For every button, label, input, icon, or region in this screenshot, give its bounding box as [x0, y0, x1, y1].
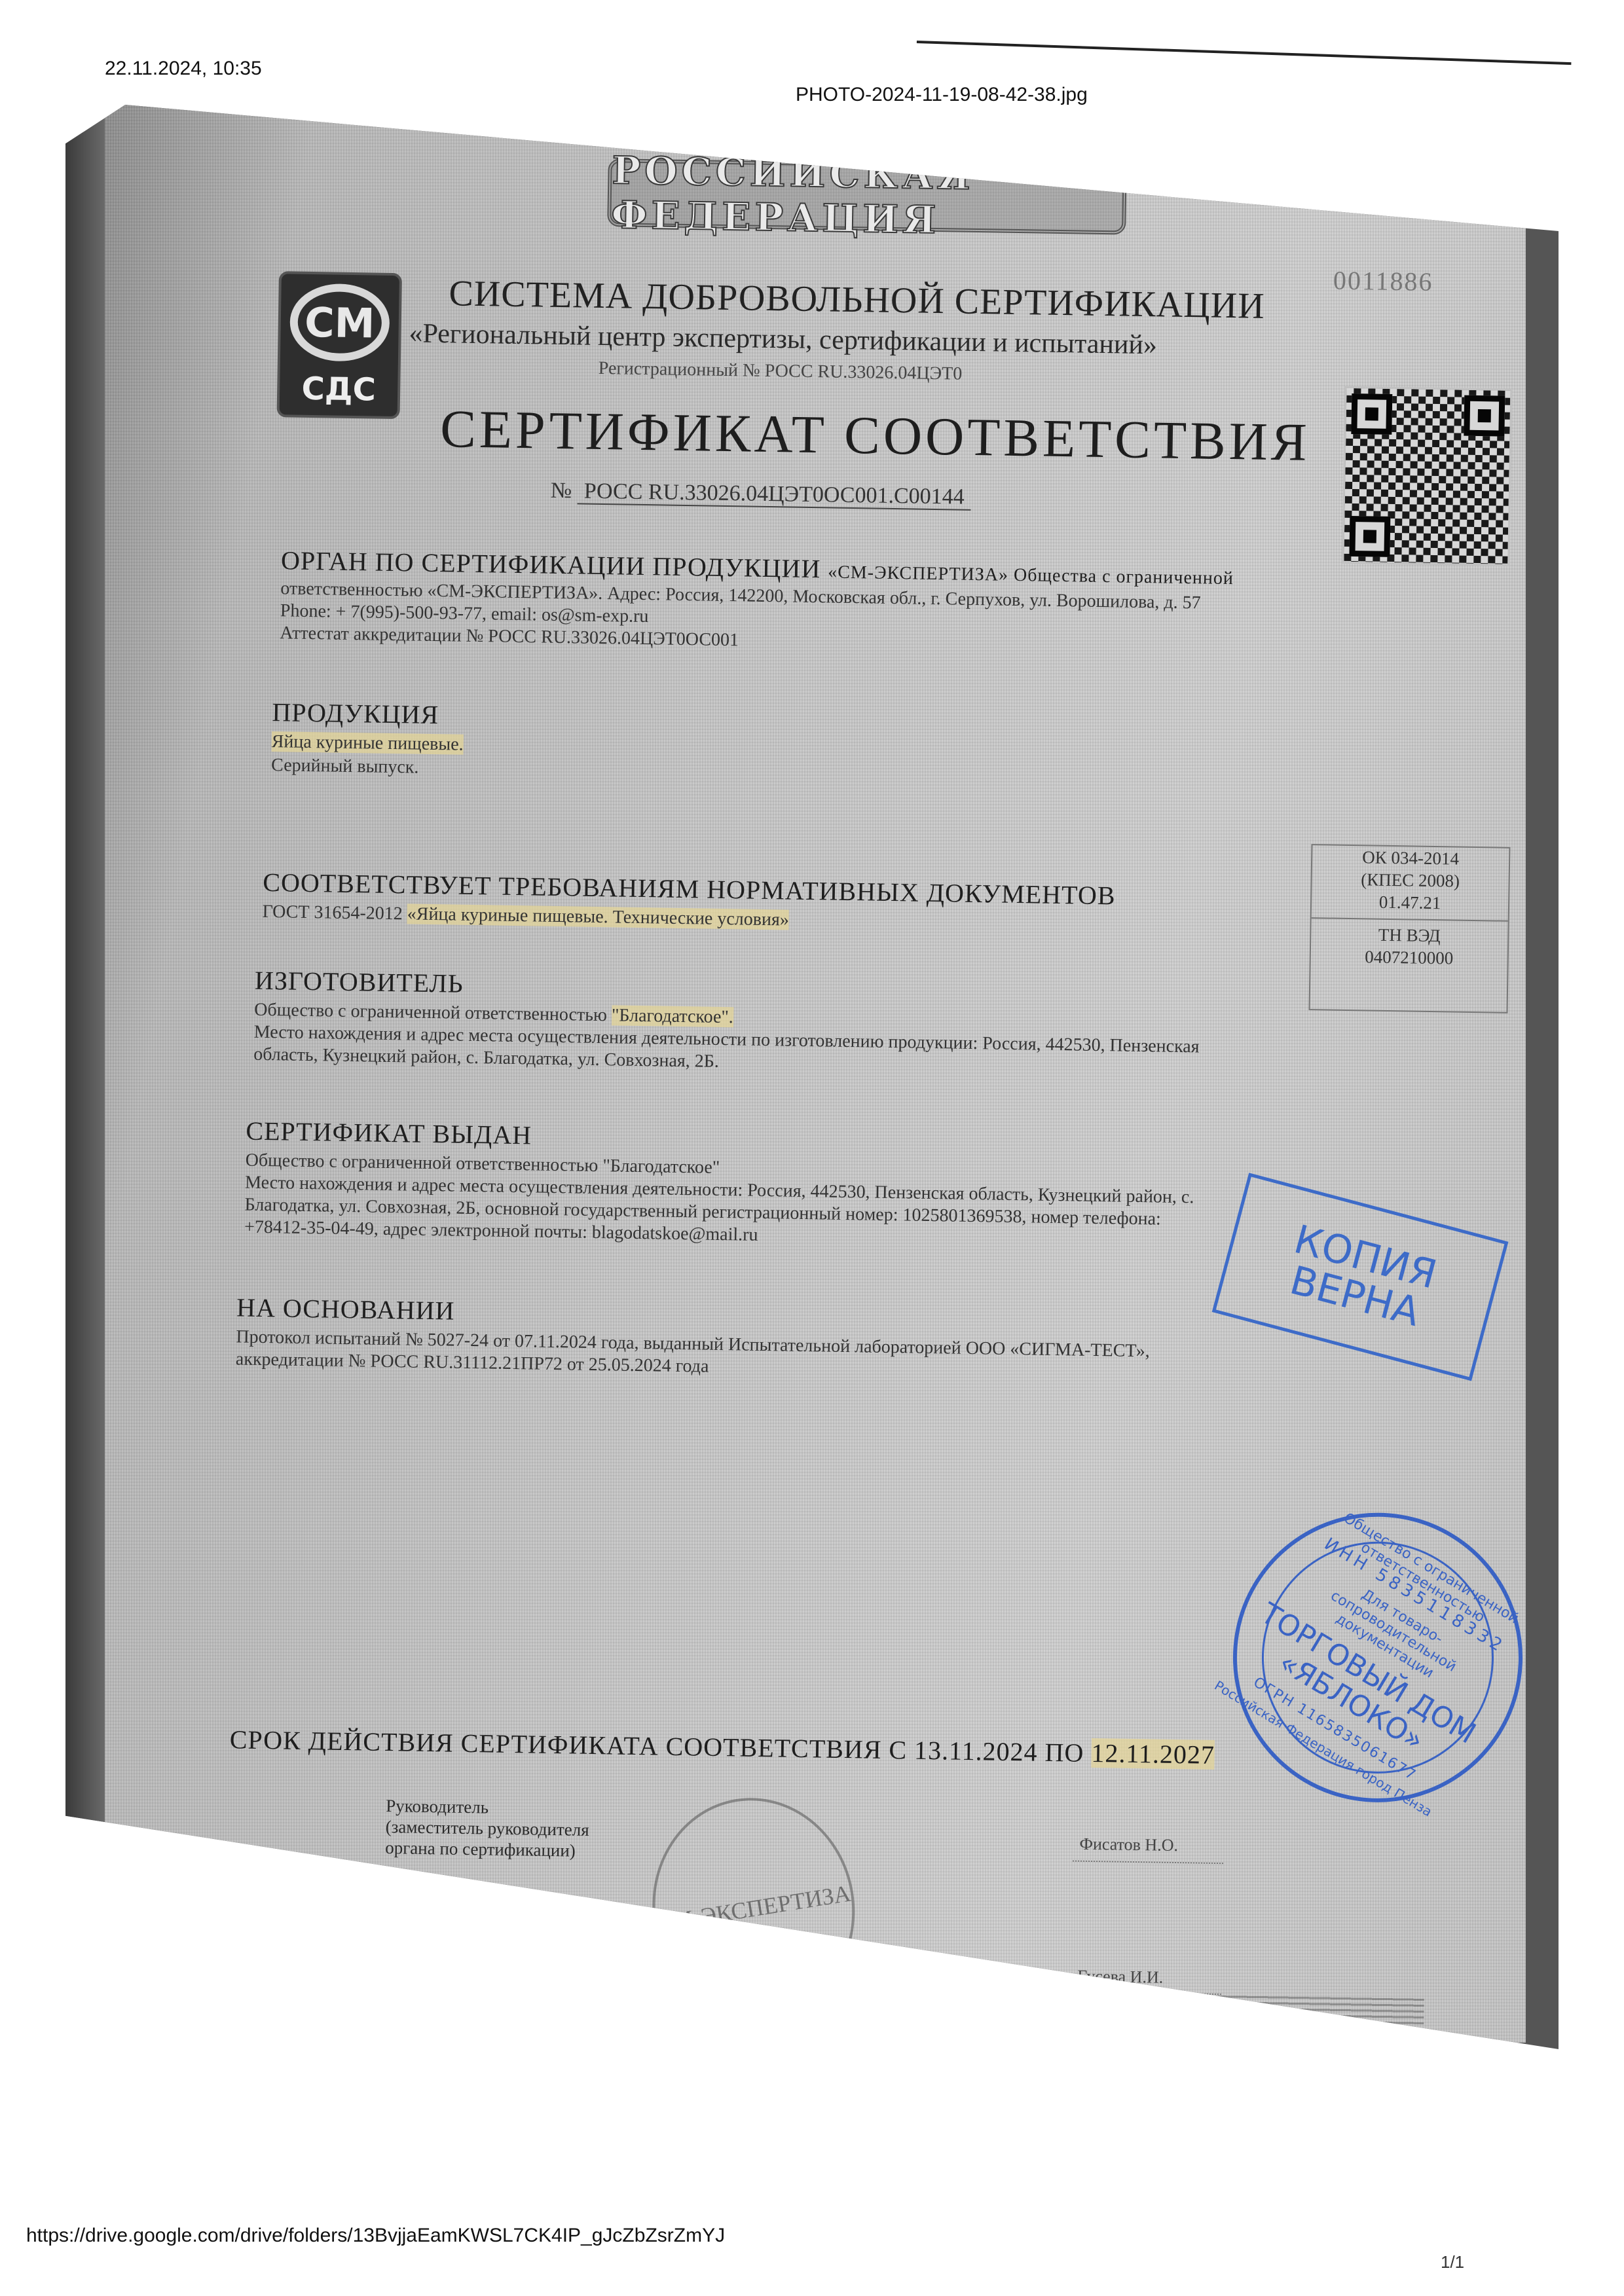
product-release: Серийный выпуск.: [271, 754, 419, 779]
conformity-standard: ГОСТ 31654-2012 «Яйца куриные пищевые. Т…: [262, 901, 789, 932]
signature-line: [1073, 1861, 1223, 1865]
basis-heading: НА ОСНОВАНИИ: [236, 1292, 455, 1326]
certificate-title: СЕРТИФИКАТ СООТВЕТСТВИЯ: [440, 398, 1311, 473]
paper-edge-line: [917, 41, 1572, 65]
heading-text: ОРГАН ПО СЕРТИФИКАЦИИ ПРОДУКЦИИ: [281, 545, 821, 583]
print-filename: PHOTO-2024-11-19-08-42-38.jpg: [796, 84, 1088, 106]
system-title: СИСТЕМА ДОБРОВОЛЬНОЙ СЕРТИФИКАЦИИ: [449, 272, 1265, 327]
product-name-text: Яйца куриные пищевые.: [272, 731, 464, 755]
validity-from-label: С: [889, 1735, 907, 1764]
number-prefix: №: [551, 479, 572, 503]
print-page-number: 1/1: [1441, 2252, 1464, 2272]
certificate-footnote: Сертификат не применяется при обязательн…: [494, 1954, 1006, 1984]
certification-body-line: Аттестат аккредитации № РОСС RU.33026.04…: [280, 622, 739, 651]
sds-logo-icon: СМ СДС: [277, 271, 402, 419]
validity-to-date: 12.11.2027: [1091, 1738, 1215, 1770]
certificate-content: РОССИЙСКАЯ ФЕДЕРАЦИЯ 0011886 СМ СДС СИСТ…: [75, 105, 1526, 2065]
company-round-stamp: Общество с ограниченной ответственностью…: [1179, 1459, 1576, 1856]
product-name: Яйца куриные пищевые.: [271, 731, 463, 756]
okpd-line: (КПЕС 2008): [1312, 867, 1508, 893]
standard-code: ГОСТ 31654-2012: [262, 902, 403, 924]
product-heading: ПРОДУКЦИЯ: [272, 697, 439, 730]
system-name: «Региональный центр экспертизы, сертифик…: [409, 318, 1157, 361]
qr-finder-icon: [1349, 516, 1390, 557]
serial-number: 0011886: [1333, 265, 1433, 297]
qr-code-icon: [1342, 386, 1512, 566]
head-label-line: Руководитель: [386, 1795, 589, 1819]
manufacturer-name-value: "Благодатское".: [612, 1005, 733, 1027]
logo-abbr: СДС: [280, 370, 398, 409]
body-stamp-text: СМ-ЭКСПЕРТИЗА: [655, 1879, 853, 1937]
okpd-line: ОК 034-2014: [1312, 845, 1509, 871]
qr-finder-icon: [1351, 393, 1392, 435]
certificate-sheet: РОССИЙСКАЯ ФЕДЕРАЦИЯ 0011886 СМ СДС СИСТ…: [105, 105, 1526, 2043]
logo-mark: СМ: [289, 283, 390, 361]
manufacturer-heading: ИЗГОТОВИТЕЛЬ: [255, 965, 464, 999]
standard-name: «Яйца куриные пищевые. Технические услов…: [407, 903, 790, 930]
expert-signature-name: Гусева И.И.: [1077, 1967, 1163, 1988]
issued-to-heading: СЕРТИФИКАТ ВЫДАН: [246, 1116, 532, 1151]
banner-russian-federation: РОССИЙСКАЯ ФЕДЕРАЦИЯ: [607, 158, 1127, 234]
certification-body-name: «СМ-ЭКСПЕРТИЗА» Общества с ограниченной: [828, 562, 1234, 589]
validity-from-date: 13.11.2024: [914, 1736, 1038, 1767]
copy-certified-stamp: КОПИЯ ВЕРНА: [1212, 1173, 1509, 1381]
certificate-photo: РОССИЙСКАЯ ФЕДЕРАЦИЯ 0011886 СМ СДС СИСТ…: [65, 105, 1559, 2049]
tnved-label: ТН ВЭД: [1311, 922, 1507, 948]
print-datetime: 22.11.2024, 10:35: [105, 58, 262, 80]
head-signature-name: Фисатов Н.О.: [1079, 1834, 1178, 1855]
validity-label: СРОК ДЕЙСТВИЯ СЕРТИФИКАТА СООТВЕТСТВИЯ: [229, 1724, 881, 1764]
number-value: РОСС RU.33026.04ЦЭТ0ОС001.С00144: [577, 479, 971, 510]
signature-line: [1071, 1992, 1221, 1995]
classification-codes: ОК 034-2014 (КПЕС 2008) 01.47.21 ТН ВЭД …: [1309, 844, 1511, 1013]
okpd-line: 01.47.21: [1312, 890, 1508, 915]
print-footer-url[interactable]: https://drive.google.com/drive/folders/1…: [26, 2225, 725, 2247]
validity-to-label: ПО: [1044, 1738, 1084, 1768]
qr-finder-icon: [1464, 395, 1505, 437]
tnved-code: 0407210000: [1311, 945, 1507, 970]
system-registration: Регистрационный № РОСС RU.33026.04ЦЭТ0: [599, 358, 963, 385]
certification-body-stamp: СМ-ЭКСПЕРТИЗА: [637, 1783, 871, 2033]
fine-print: [179, 1978, 1424, 2024]
head-label-line: (заместитель руководителя: [385, 1816, 589, 1840]
head-label-line: органа по сертификации): [385, 1837, 589, 1861]
head-signature-label: Руководитель (заместитель руководителя о…: [385, 1795, 589, 1861]
codes-divider: [1312, 917, 1508, 922]
certificate-number: № РОСС RU.33026.04ЦЭТ0ОС001.С00144: [551, 479, 971, 510]
expert-signature-label: Эксперт (эксперты): [384, 1920, 530, 1943]
validity-period: СРОК ДЕЙСТВИЯ СЕРТИФИКАТА СООТВЕТСТВИЯ С…: [229, 1724, 1215, 1770]
